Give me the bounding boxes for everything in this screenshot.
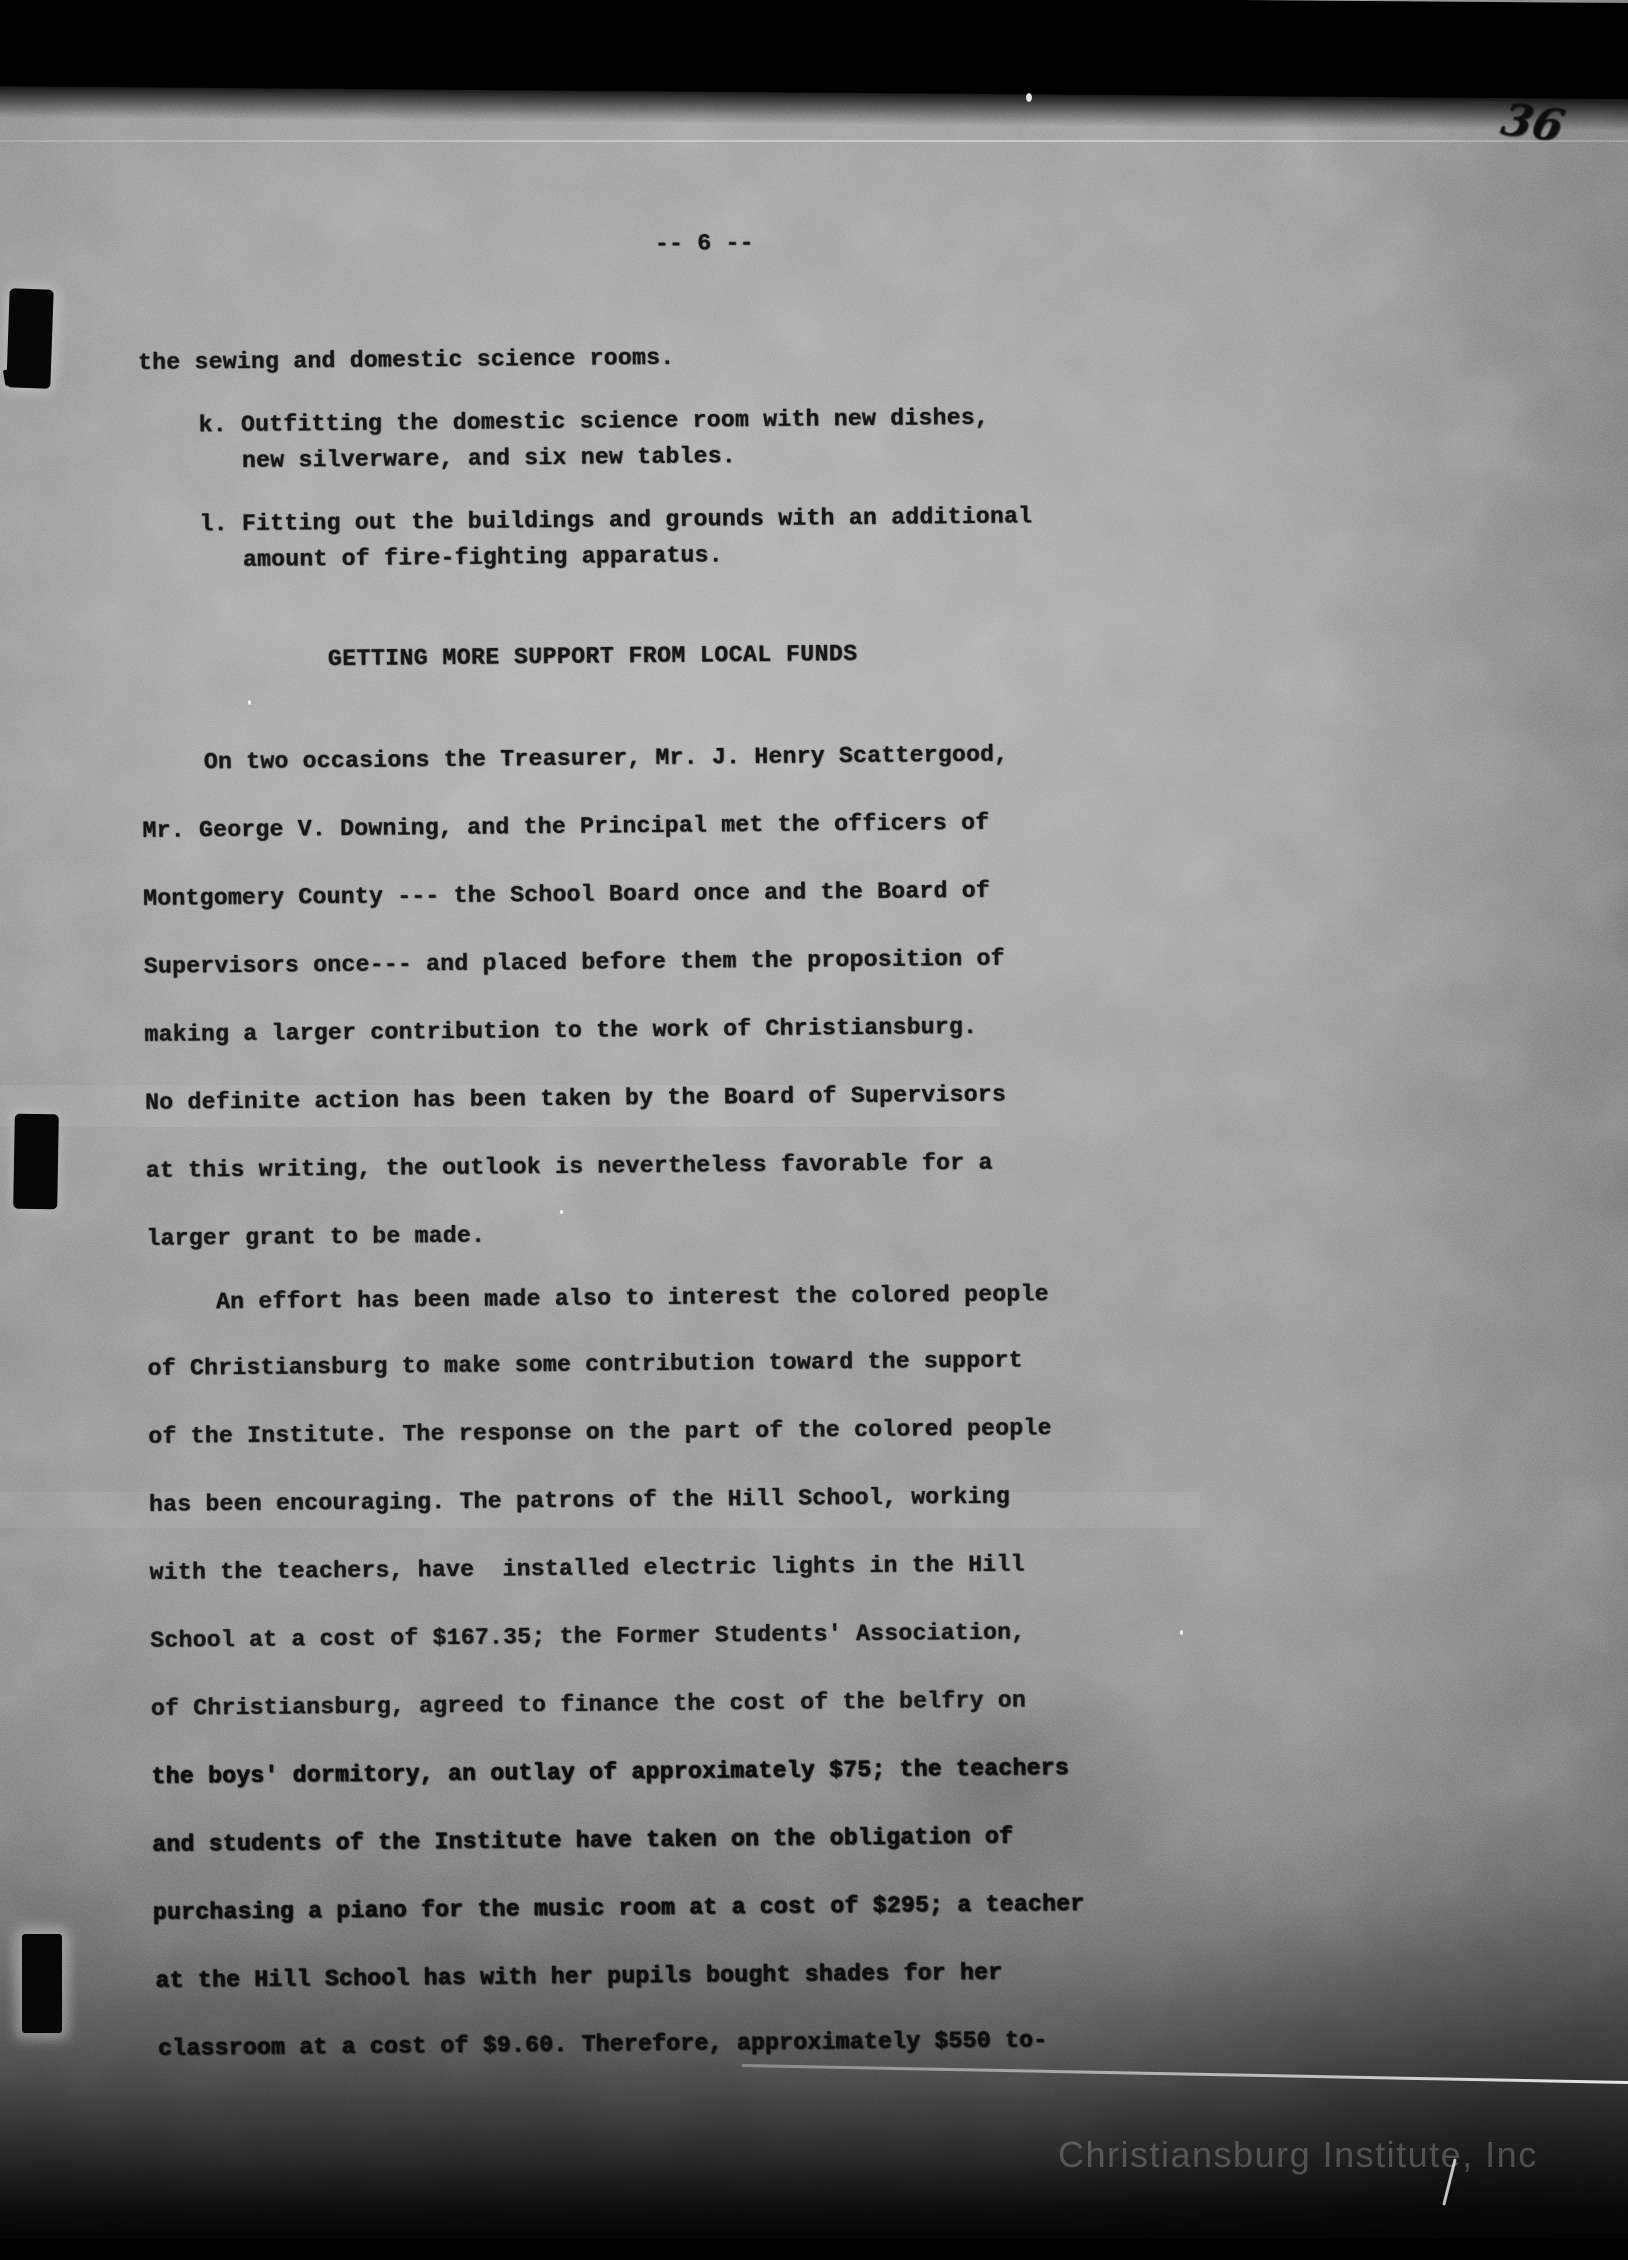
typewritten-line: of the Institute. The response on the pa… <box>148 1417 1052 1449</box>
typewritten-line: at the Hill School has with her pupils b… <box>155 1962 1002 1993</box>
typewritten-line: larger grant to be made. <box>146 1225 485 1251</box>
typewritten-line: amount of fire-fighting apparatus. <box>243 544 723 572</box>
scan-black-band-bottom <box>0 2238 1628 2260</box>
handwritten-folio-number: 36 <box>1496 95 1568 152</box>
typewritten-line: has been encouraging. The patrons of the… <box>149 1486 1010 1517</box>
typewritten-line: and students of the Institute have taken… <box>152 1826 1013 1857</box>
typewritten-line: the boys' dormitory, an outlay of approx… <box>151 1757 1069 1789</box>
typewritten-line: the sewing and domestic science rooms. <box>138 347 675 375</box>
typewritten-line: purchasing a piano for the music room at… <box>153 1893 1085 1925</box>
binder-punch-mark <box>13 1114 59 1210</box>
typewritten-line: An effort has been made also to interest… <box>216 1283 1049 1314</box>
typewritten-line: at this writing, the outlook is neverthe… <box>146 1152 993 1183</box>
typewritten-line: No definite action has been taken by the… <box>145 1084 1006 1115</box>
typewritten-line: On two occasions the Treasurer, Mr. J. H… <box>204 744 1009 775</box>
typewritten-line: Mr. George V. Downing, and the Principal… <box>142 812 989 843</box>
typewritten-line: making a larger contribution to the work… <box>144 1016 977 1047</box>
archive-watermark: Christiansburg Institute, Inc <box>1058 2134 1628 2176</box>
dust-speck <box>1180 1630 1183 1635</box>
typewritten-line: with the teachers, have installed electr… <box>149 1554 1024 1586</box>
section-heading: GETTING MORE SUPPORT FROM LOCAL FUNDS <box>328 643 858 671</box>
typewritten-line: k. Outfitting the domestic science room … <box>198 407 989 438</box>
typewritten-line: classroom at a cost of $9.60. Therefore,… <box>158 2029 1047 2061</box>
typewritten-line: School at a cost of $167.35; the Former … <box>150 1622 1025 1654</box>
page-number: -- 6 -- <box>655 232 754 256</box>
typewritten-line: new silverware, and six new tables. <box>242 445 736 473</box>
binder-punch-mark <box>22 1934 62 2033</box>
dust-speck <box>248 700 251 705</box>
typewritten-line: of Christiansburg, agreed to finance the… <box>151 1690 1026 1722</box>
dust-speck <box>1026 93 1032 102</box>
typewritten-line: Supervisors once--- and placed before th… <box>144 948 1005 979</box>
typewritten-line: of Christiansburg to make some contribut… <box>148 1350 1023 1382</box>
dust-speck <box>560 1210 563 1214</box>
typewritten-line: l. Fitting out the buildings and grounds… <box>199 505 1032 536</box>
scan-black-band-top <box>0 0 1628 100</box>
typewritten-text-layer: -- 6 -- the sewing and domestic science … <box>0 0 1628 2260</box>
scanned-document-page: -- 6 -- the sewing and domestic science … <box>0 0 1628 2260</box>
typewritten-line: Montgomery County --- the School Board o… <box>143 880 990 911</box>
